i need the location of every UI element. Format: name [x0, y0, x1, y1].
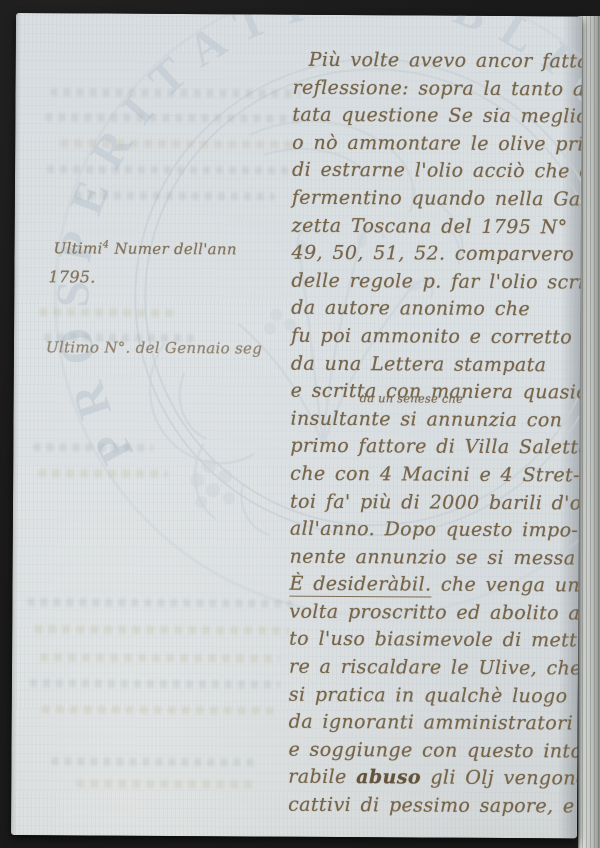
bleedthrough-row [45, 113, 300, 123]
text-line: di estrarne l'olio acciò che o sie [292, 157, 581, 186]
bleedthrough-row [42, 705, 277, 714]
text-line-emphasis: rabile abuso gli Olj vengono [288, 764, 577, 793]
text-line: re a riscaldare le Ulive, che [289, 654, 578, 683]
emphasized-word: abuso [356, 767, 421, 789]
text-line-underlined: È desideràbil. che venga una [289, 571, 578, 600]
text-line: che venga una [431, 574, 582, 597]
book-fore-edge [578, 16, 600, 848]
text-line: tata questione Se sia meglio [292, 102, 581, 131]
text-line: nente annunzio se si messa [290, 543, 579, 572]
text-line: da autore anonimo che [291, 295, 580, 324]
main-text-block: Più volte avevo ancor fatta reflessione:… [288, 47, 582, 821]
bleedthrough-row [60, 139, 295, 148]
text-line: e scritta con maniera quasich [291, 378, 580, 407]
text-line: da una Lettera stampata [291, 350, 580, 379]
margin-note-gennaio: Ultimo N°. del Gennaio seg [46, 336, 262, 359]
text-line: toi fa' più di 2000 barili d'ol. [290, 488, 579, 517]
text-line: 49, 50, 51, 52. comparvero [291, 240, 580, 269]
text-line: rabile [288, 766, 356, 788]
bleedthrough-row [76, 779, 256, 788]
bleedthrough-row [39, 308, 179, 317]
text-line: e soggiunge con questo intolle- [288, 737, 577, 766]
text-line: volta proscritto ed abolito affat- [289, 599, 578, 628]
bleedthrough-row [51, 757, 256, 766]
text-line: zetta Toscana del 1795 N° [292, 212, 581, 241]
text-line: to l'uso biasimevole di mette- [289, 626, 578, 655]
text-line: all'anno. Dopo questo impo- [290, 516, 579, 545]
underlined-phrase: È desideràbil. [289, 573, 431, 598]
margin-note-year-value: 1795. [48, 266, 95, 288]
text-line: primo fattore di Villa Saletta [290, 433, 579, 462]
bleedthrough-row [30, 679, 280, 689]
text-line: fu poi ammonito e corretto [291, 323, 580, 352]
text-line: si pratica in qualchè luogo [289, 681, 578, 710]
bleedthrough-row [34, 625, 289, 635]
text-line: insultante si annunzia con [290, 405, 579, 434]
text-line: reflessione: sopra la tanto agi- [292, 74, 581, 103]
text-line: delle regole p. far l'olio scritte [291, 267, 580, 296]
text-line: cattivi di pessimo sapore, e fe [288, 792, 577, 821]
text-line: Più volte avevo ancor fatta [293, 47, 582, 76]
text-line: che con 4 Macini e 4 Stret- [290, 461, 579, 490]
bleedthrough-row [50, 88, 300, 98]
text-line: da ignoranti amministratori [289, 709, 578, 738]
text-line: o nò ammontare le olive prima [292, 129, 581, 158]
bleedthrough-row [33, 443, 153, 452]
bleedthrough-row [75, 191, 275, 200]
bleedthrough-row [27, 598, 292, 608]
bleedthrough-row [47, 165, 292, 174]
manuscript-page: PROSPERITATI PVBLICAE Ultimi4 Numer dell… [11, 13, 582, 838]
margin-note-text: Ultimi [54, 239, 103, 257]
text-line: gli Olj vengono [421, 767, 582, 790]
bleedthrough-row [40, 653, 280, 662]
bleedthrough-row [38, 469, 168, 478]
margin-note-year: Ultimi4 Numer dell'ann [53, 234, 236, 260]
margin-note-text: Numer dell'ann [109, 240, 237, 259]
text-line: fermentino quando nella Gaz- [292, 185, 581, 214]
